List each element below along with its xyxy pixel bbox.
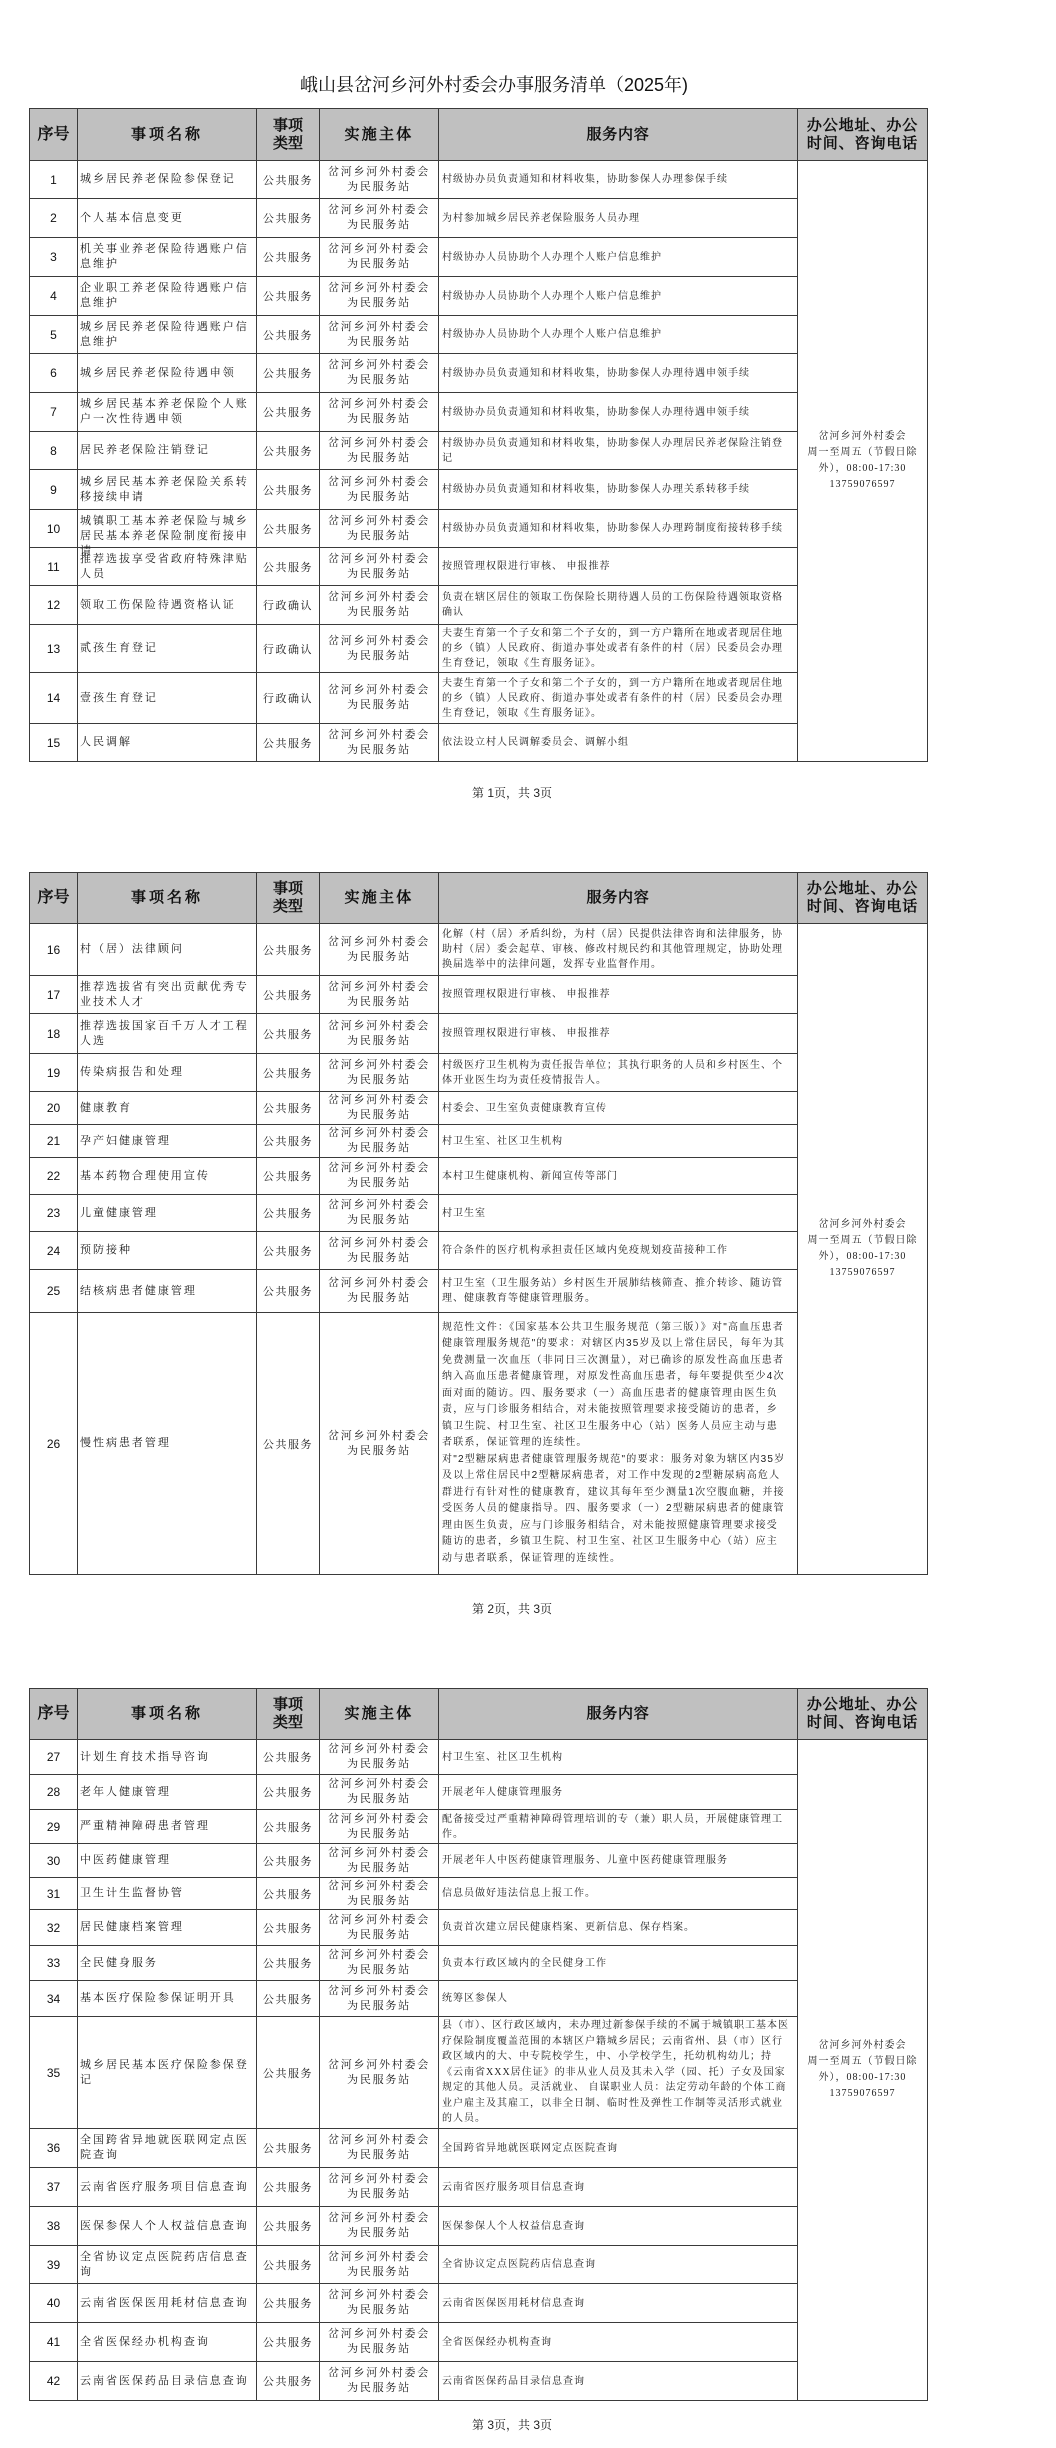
implementing-entity-text: 岔河乡河外村委会为民服务站 [326,2133,432,2163]
item-name: 儿童健康管理 [78,1195,257,1232]
implementing-entity-text: 岔河乡河外村委会为民服务站 [326,514,432,544]
column-header-office-info-line: 办公地址、办公 [800,117,925,135]
item-name-text: 计划生育技术指导咨询 [80,1750,254,1765]
row-number: 5 [30,316,78,354]
table-row: 10城镇职工基本养老保险与城乡居民基本养老保险制度衔接申请公共服务岔河乡河外村委… [30,510,928,548]
service-content: 村级协办人员协助个人办理个人账户信息维护 [439,277,798,316]
table-row: 3机关事业养老保险待遇账户信息维护公共服务岔河乡河外村委会为民服务站村级协办人员… [30,238,928,277]
item-name: 计划生育技术指导咨询 [78,1740,257,1775]
item-name-text: 人民调解 [80,735,254,750]
item-type: 行政确认 [257,673,320,724]
item-type: 公共服务 [257,1195,320,1232]
office-hours: 周一至周五（节假日除外），08:00-17:30 [805,2054,920,2086]
implementing-entity-text: 岔河乡河外村委会为民服务站 [326,1948,432,1978]
implementing-entity: 岔河乡河外村委会为民服务站 [320,625,439,673]
implementing-entity-text: 岔河乡河外村委会为民服务站 [326,1093,432,1123]
table-row: 18推荐选拔国家百千万人才工程人选公共服务岔河乡河外村委会为民服务站按照管理权限… [30,1014,928,1054]
implementing-entity-text: 岔河乡河外村委会为民服务站 [326,1812,432,1842]
item-type: 公共服务 [257,199,320,238]
item-name: 全国跨省异地就医联网定点医院查询 [78,2129,257,2168]
item-name-text: 居民养老保险注销登记 [80,443,254,458]
item-name-text: 云南省医保药品目录信息查询 [80,2374,254,2389]
item-name: 严重精神障碍患者管理 [78,1810,257,1844]
item-type: 公共服务 [257,2246,320,2284]
row-number: 36 [30,2129,78,2168]
implementing-entity: 岔河乡河外村委会为民服务站 [320,2207,439,2246]
implementing-entity-text: 岔河乡河外村委会为民服务站 [326,683,432,713]
row-number: 32 [30,1910,78,1946]
implementing-entity-text: 岔河乡河外村委会为民服务站 [326,1846,432,1876]
implementing-entity: 岔河乡河外村委会为民服务站 [320,393,439,432]
item-name: 企业职工养老保险待遇账户信息维护 [78,277,257,316]
page-number-label: 第 3页，共 3页 [472,2418,552,2432]
row-number: 16 [30,924,78,976]
service-content: 村级协办人员协助个人办理个人账户信息维护 [439,316,798,354]
service-content: 村级协办员负责通知和材料收集，协助参保人办理待遇申领手续 [439,354,798,393]
column-header-number: 序号 [30,873,78,924]
service-content: 开展老年人健康管理服务 [439,1775,798,1810]
implementing-entity: 岔河乡河外村委会为民服务站 [320,2246,439,2284]
row-number: 41 [30,2323,78,2362]
table-row: 12领取工伤保险待遇资格认证行政确认岔河乡河外村委会为民服务站负责在辖区居住的领… [30,586,928,625]
service-content: 规范性文件：《国家基本公共卫生服务规范（第三版）》对"高血压患者健康管理服务规范… [439,1313,798,1575]
item-type: 公共服务 [257,1014,320,1054]
implementing-entity: 岔河乡河外村委会为民服务站 [320,277,439,316]
item-type: 公共服务 [257,1981,320,2017]
implementing-entity: 岔河乡河外村委会为民服务站 [320,470,439,510]
item-name-text: 领取工伤保险待遇资格认证 [80,598,254,613]
implementing-entity: 岔河乡河外村委会为民服务站 [320,1158,439,1195]
item-name: 城乡居民养老保险待遇账户信息维护 [78,316,257,354]
table-row: 5城乡居民养老保险待遇账户信息维护公共服务岔河乡河外村委会为民服务站村级协办人员… [30,316,928,354]
service-content: 全省协议定点医院药店信息查询 [439,2246,798,2284]
service-content: 村卫生室 [439,1195,798,1232]
table-row: 15人民调解公共服务岔河乡河外村委会为民服务站依法设立村人民调解委员会、调解小组 [30,724,928,762]
item-name-text: 中医药健康管理 [80,1853,254,1868]
table-row: 9城乡居民基本养老保险关系转移接续申请公共服务岔河乡河外村委会为民服务站村级协办… [30,470,928,510]
column-header-item-name: 事项名称 [78,109,257,161]
table-row: 6城乡居民养老保险待遇申领公共服务岔河乡河外村委会为民服务站村级协办员负责通知和… [30,354,928,393]
implementing-entity-text: 岔河乡河外村委会为民服务站 [326,2058,432,2088]
item-type: 公共服务 [257,1092,320,1125]
service-content: 负责本行政区域内的全民健身工作 [439,1946,798,1981]
item-name: 推荐选拔享受省政府特殊津贴人员 [78,548,257,586]
row-number: 35 [30,2017,78,2129]
service-content: 夫妻生育第一个子女和第二个子女的，到一方户籍所在地或者现居住地的乡（镇）人民政府… [439,625,798,673]
column-header-office-info-line: 时间、咨询电话 [800,898,925,916]
office-phone: 13759076597 [805,2086,920,2102]
column-header-item-type: 事项类型 [257,873,320,924]
row-number: 23 [30,1195,78,1232]
item-type: 公共服务 [257,1270,320,1313]
row-number: 11 [30,548,78,586]
item-type: 公共服务 [257,1910,320,1946]
item-name: 人民调解 [78,724,257,762]
implementing-entity-text: 岔河乡河外村委会为民服务站 [326,2250,432,2280]
item-name-text: 居民健康档案管理 [80,1920,254,1935]
item-name: 城乡居民基本养老保险个人账户一次性待遇申领 [78,393,257,432]
row-number: 31 [30,1878,78,1910]
implementing-entity-text: 岔河乡河外村委会为民服务站 [326,2327,432,2357]
item-type: 公共服务 [257,1775,320,1810]
service-content: 本村卫生健康机构、新闻宣传等部门 [439,1158,798,1195]
item-name: 村（居）法律顾问 [78,924,257,976]
office-phone: 13759076597 [805,1265,920,1281]
service-content: 负责在辖区居住的领取工伤保险长期待遇人员的工伤保险待遇领取资格确认 [439,586,798,625]
item-type: 公共服务 [257,2323,320,2362]
implementing-entity-text: 岔河乡河外村委会为民服务站 [326,1198,432,1228]
item-name-text: 城镇职工基本养老保险与城乡居民基本养老保险制度衔接申请 [80,514,254,544]
item-name: 中医药健康管理 [78,1844,257,1878]
implementing-entity: 岔河乡河外村委会为民服务站 [320,1844,439,1878]
service-content: 夫妻生育第一个子女和第二个子女的，到一方户籍所在地或者现居住地的乡（镇）人民政府… [439,673,798,724]
implementing-entity-text: 岔河乡河外村委会为民服务站 [326,1126,432,1156]
service-content: 开展老年人中医药健康管理服务、儿童中医药健康管理服务 [439,1844,798,1878]
implementing-entity-text: 岔河乡河外村委会为民服务站 [326,1019,432,1049]
column-header-item-type-line: 类型 [259,898,317,916]
item-type: 公共服务 [257,924,320,976]
column-header-office-info: 办公地址、办公时间、咨询电话 [798,109,928,161]
item-type: 行政确认 [257,625,320,673]
item-type: 公共服务 [257,510,320,548]
item-name-text: 城乡居民基本医疗保险参保登记 [80,2058,254,2088]
row-number: 22 [30,1158,78,1195]
implementing-entity-text: 岔河乡河外村委会为民服务站 [326,634,432,664]
item-type: 公共服务 [257,354,320,393]
item-name: 全省医保经办机构查询 [78,2323,257,2362]
column-header-service-content: 服务内容 [439,1689,798,1740]
implementing-entity-text: 岔河乡河外村委会为民服务站 [326,475,432,505]
item-type: 公共服务 [257,2017,320,2129]
column-header-number: 序号 [30,109,78,161]
implementing-entity-text: 岔河乡河外村委会为民服务站 [326,1879,432,1909]
column-header-office-info-line: 时间、咨询电话 [800,1714,925,1732]
column-header-service-content: 服务内容 [439,873,798,924]
item-name-text: 结核病患者健康管理 [80,1284,254,1299]
item-name-text: 城乡居民养老保险待遇申领 [80,366,254,381]
row-number: 30 [30,1844,78,1878]
service-content: 县（市）、区行政区域内，未办理过新参保手续的不属于城镇职工基本医疗保险制度覆盖范… [439,2017,798,2129]
row-number: 2 [30,199,78,238]
row-number: 20 [30,1092,78,1125]
table-row: 22基本药物合理使用宣传公共服务岔河乡河外村委会为民服务站本村卫生健康机构、新闻… [30,1158,928,1195]
service-content: 按照管理权限进行审核、 申报推荐 [439,548,798,586]
office-info: 岔河乡河外村委会周一至周五（节假日除外），08:00-17:3013759076… [805,429,920,493]
item-name: 传染病报告和处理 [78,1054,257,1092]
column-header-item-name: 事项名称 [78,1689,257,1740]
row-number: 27 [30,1740,78,1775]
table-row: 37云南省医疗服务项目信息查询公共服务岔河乡河外村委会为民服务站云南省医疗服务项… [30,2168,928,2207]
item-name: 卫生计生监督协管 [78,1878,257,1910]
office-hours: 周一至周五（节假日除外），08:00-17:30 [805,1233,920,1265]
table-row: 31卫生计生监督协管公共服务岔河乡河外村委会为民服务站信息员做好违法信息上报工作… [30,1878,928,1910]
implementing-entity-text: 岔河乡河外村委会为民服务站 [326,203,432,233]
item-name: 居民养老保险注销登记 [78,432,257,470]
implementing-entity: 岔河乡河外村委会为民服务站 [320,924,439,976]
item-name-text: 老年人健康管理 [80,1785,254,1800]
item-type: 行政确认 [257,586,320,625]
service-content: 村卫生室（卫生服务站）乡村医生开展肺结核筛查、推介转诊、随访管理、健康教育等健康… [439,1270,798,1313]
item-name: 个人基本信息变更 [78,199,257,238]
row-number: 42 [30,2362,78,2401]
item-type: 公共服务 [257,1740,320,1775]
item-name-text: 卫生计生监督协管 [80,1886,254,1901]
item-type: 公共服务 [257,724,320,762]
implementing-entity-text: 岔河乡河外村委会为民服务站 [326,590,432,620]
row-number: 8 [30,432,78,470]
item-name-text: 城乡居民基本养老保险个人账户一次性待遇申领 [80,397,254,427]
implementing-entity: 岔河乡河外村委会为民服务站 [320,1270,439,1313]
implementing-entity-text: 岔河乡河外村委会为民服务站 [326,436,432,466]
row-number: 12 [30,586,78,625]
column-header-office-info-line: 时间、咨询电话 [800,135,925,153]
service-content: 云南省医疗服务项目信息查询 [439,2168,798,2207]
page-number-label: 第 1页，共 3页 [472,786,552,800]
implementing-entity-text: 岔河乡河外村委会为民服务站 [326,358,432,388]
implementing-entity: 岔河乡河外村委会为民服务站 [320,316,439,354]
item-name-text: 全省协议定点医院药店信息查询 [80,2250,254,2280]
service-content: 符合条件的医疗机构承担责任区域内免疫规划疫苗接种工作 [439,1232,798,1270]
implementing-entity: 岔河乡河外村委会为民服务站 [320,586,439,625]
column-header-item-type-line: 事项 [259,880,317,898]
implementing-entity: 岔河乡河外村委会为民服务站 [320,1014,439,1054]
table-row: 32居民健康档案管理公共服务岔河乡河外村委会为民服务站负责首次建立居民健康档案、… [30,1910,928,1946]
implementing-entity-text: 岔河乡河外村委会为民服务站 [326,1913,432,1943]
implementing-entity-text: 岔河乡河外村委会为民服务站 [326,1276,432,1306]
row-number: 13 [30,625,78,673]
item-type: 公共服务 [257,1878,320,1910]
table-row: 14壹孩生育登记行政确认岔河乡河外村委会为民服务站夫妻生育第一个子女和第二个子女… [30,673,928,724]
service-content: 全省医保经办机构查询 [439,2323,798,2362]
item-name-text: 孕产妇健康管理 [80,1134,254,1149]
service-content: 村级协办员负责通知和材料收集，协助参保人办理参保手续 [439,161,798,199]
item-type: 公共服务 [257,1313,320,1575]
office-info-cell: 岔河乡河外村委会周一至周五（节假日除外），08:00-17:3013759076… [798,161,928,762]
implementing-entity-text: 岔河乡河外村委会为民服务站 [326,1742,432,1772]
implementing-entity: 岔河乡河外村委会为民服务站 [320,1195,439,1232]
item-name-text: 预防接种 [80,1243,254,1258]
item-name-text: 健康教育 [80,1101,254,1116]
row-number: 21 [30,1125,78,1158]
table-row: 4企业职工养老保险待遇账户信息维护公共服务岔河乡河外村委会为民服务站村级协办人员… [30,277,928,316]
item-name: 领取工伤保险待遇资格认证 [78,586,257,625]
item-name: 推荐选拔省有突出贡献优秀专业技术人才 [78,976,257,1014]
row-number: 37 [30,2168,78,2207]
item-name-text: 推荐选拔省有突出贡献优秀专业技术人才 [80,980,254,1010]
item-name-text: 儿童健康管理 [80,1206,254,1221]
office-hours: 周一至周五（节假日除外），08:00-17:30 [805,445,920,477]
service-content: 村级协办员负责通知和材料收集，协助参保人办理跨制度衔接转移手续 [439,510,798,548]
table-row: 41全省医保经办机构查询公共服务岔河乡河外村委会为民服务站全省医保经办机构查询 [30,2323,928,2362]
row-number: 28 [30,1775,78,1810]
item-name: 全民健身服务 [78,1946,257,1981]
row-number: 10 [30,510,78,548]
implementing-entity: 岔河乡河外村委会为民服务站 [320,548,439,586]
item-type: 公共服务 [257,316,320,354]
table-row: 17推荐选拔省有突出贡献优秀专业技术人才公共服务岔河乡河外村委会为民服务站按照管… [30,976,928,1014]
column-header-implementing-entity: 实施主体 [320,873,439,924]
implementing-entity: 岔河乡河外村委会为民服务站 [320,1232,439,1270]
item-name-text: 医保参保人个人权益信息查询 [80,2219,254,2234]
row-number: 14 [30,673,78,724]
item-name: 医保参保人个人权益信息查询 [78,2207,257,2246]
service-content: 村级协办员负责通知和材料收集，协助参保人办理待遇申领手续 [439,393,798,432]
table-row: 16村（居）法律顾问公共服务岔河乡河外村委会为民服务站化解（村（居）矛盾纠纷，为… [30,924,928,976]
table-row: 42云南省医保药品目录信息查询公共服务岔河乡河外村委会为民服务站云南省医保药品目… [30,2362,928,2401]
service-content: 负责首次建立居民健康档案、更新信息、保存档案。 [439,1910,798,1946]
row-number: 29 [30,1810,78,1844]
item-name-text: 全国跨省异地就医联网定点医院查询 [80,2133,254,2163]
row-number: 33 [30,1946,78,1981]
row-number: 3 [30,238,78,277]
row-number: 26 [30,1313,78,1575]
item-name: 推荐选拔国家百千万人才工程人选 [78,1014,257,1054]
item-type: 公共服务 [257,1158,320,1195]
implementing-entity: 岔河乡河外村委会为民服务站 [320,2362,439,2401]
implementing-entity-text: 岔河乡河外村委会为民服务站 [326,320,432,350]
office-phone: 13759076597 [805,477,920,493]
implementing-entity: 岔河乡河外村委会为民服务站 [320,1878,439,1910]
column-header-item-type-line: 类型 [259,1714,317,1732]
implementing-entity-text: 岔河乡河外村委会为民服务站 [326,1236,432,1266]
column-header-office-info: 办公地址、办公时间、咨询电话 [798,873,928,924]
item-name-text: 城乡居民养老保险待遇账户信息维护 [80,320,254,350]
service-content: 村卫生室、社区卫生机构 [439,1740,798,1775]
item-name: 老年人健康管理 [78,1775,257,1810]
item-name: 城乡居民基本养老保险关系转移接续申请 [78,470,257,510]
item-name-text: 慢性病患者管理 [80,1436,254,1451]
item-name-text: 个人基本信息变更 [80,211,254,226]
row-number: 40 [30,2284,78,2323]
item-type: 公共服务 [257,161,320,199]
item-name: 结核病患者健康管理 [78,1270,257,1313]
implementing-entity: 岔河乡河外村委会为民服务站 [320,1810,439,1844]
row-number: 17 [30,976,78,1014]
service-content: 村卫生室、社区卫生机构 [439,1125,798,1158]
office-name: 岔河乡河外村委会 [805,1217,920,1233]
service-content: 按照管理权限进行审核、 申报推荐 [439,976,798,1014]
implementing-entity: 岔河乡河外村委会为民服务站 [320,1054,439,1092]
table-row: 28老年人健康管理公共服务岔河乡河外村委会为民服务站开展老年人健康管理服务 [30,1775,928,1810]
row-number: 18 [30,1014,78,1054]
implementing-entity: 岔河乡河外村委会为民服务站 [320,1092,439,1125]
item-name-text: 贰孩生育登记 [80,641,254,656]
implementing-entity-text: 岔河乡河外村委会为民服务站 [326,1161,432,1191]
implementing-entity-text: 岔河乡河外村委会为民服务站 [326,281,432,311]
item-name: 城乡居民养老保险参保登记 [78,161,257,199]
item-type: 公共服务 [257,2207,320,2246]
service-content: 配备接受过严重精神障碍管理培训的专（兼）职人员，开展健康管理工作。 [439,1810,798,1844]
item-type: 公共服务 [257,2362,320,2401]
column-header-office-info-line: 办公地址、办公 [800,1696,925,1714]
office-info: 岔河乡河外村委会周一至周五（节假日除外），08:00-17:3013759076… [805,2038,920,2102]
implementing-entity-text: 岔河乡河外村委会为民服务站 [326,1429,432,1459]
implementing-entity: 岔河乡河外村委会为民服务站 [320,673,439,724]
table-row: 11推荐选拔享受省政府特殊津贴人员公共服务岔河乡河外村委会为民服务站按照管理权限… [30,548,928,586]
column-header-item-type-line: 事项 [259,1696,317,1714]
item-name: 城乡居民基本医疗保险参保登记 [78,2017,257,2129]
implementing-entity: 岔河乡河外村委会为民服务站 [320,2284,439,2323]
table-row: 25结核病患者健康管理公共服务岔河乡河外村委会为民服务站村卫生室（卫生服务站）乡… [30,1270,928,1313]
service-table-page-3: 序号 事项名称 事项类型 实施主体 服务内容 办公地址、办公时间、咨询电话 27… [29,1688,928,2401]
item-name: 预防接种 [78,1232,257,1270]
column-header-item-type-line: 事项 [259,117,317,135]
item-name-text: 推荐选拔国家百千万人才工程人选 [80,1019,254,1049]
implementing-entity-text: 岔河乡河外村委会为民服务站 [326,935,432,965]
item-name-text: 推荐选拔享受省政府特殊津贴人员 [80,552,254,582]
office-info-cell: 岔河乡河外村委会周一至周五（节假日除外），08:00-17:3013759076… [798,1740,928,2401]
item-name: 壹孩生育登记 [78,673,257,724]
row-number: 38 [30,2207,78,2246]
table-row: 23儿童健康管理公共服务岔河乡河外村委会为民服务站村卫生室 [30,1195,928,1232]
item-type: 公共服务 [257,432,320,470]
implementing-entity: 岔河乡河外村委会为民服务站 [320,2129,439,2168]
service-content: 云南省医保医用耗材信息查询 [439,2284,798,2323]
implementing-entity-text: 岔河乡河外村委会为民服务站 [326,728,432,758]
item-name: 健康教育 [78,1092,257,1125]
implementing-entity: 岔河乡河外村委会为民服务站 [320,976,439,1014]
implementing-entity: 岔河乡河外村委会为民服务站 [320,1910,439,1946]
table-row: 20健康教育公共服务岔河乡河外村委会为民服务站村委会、卫生室负责健康教育宣传 [30,1092,928,1125]
implementing-entity-text: 岔河乡河外村委会为民服务站 [326,980,432,1010]
service-content: 全国跨省异地就医联网定点医院查询 [439,2129,798,2168]
item-name-text: 机关事业养老保险待遇账户信息维护 [80,242,254,272]
item-name: 云南省医保药品目录信息查询 [78,2362,257,2401]
office-name: 岔河乡河外村委会 [805,2038,920,2054]
item-type: 公共服务 [257,277,320,316]
service-table-page-2: 序号 事项名称 事项类型 实施主体 服务内容 办公地址、办公时间、咨询电话 16… [29,872,928,1575]
item-name-text: 云南省医保医用耗材信息查询 [80,2296,254,2311]
table-row: 33全民健身服务公共服务岔河乡河外村委会为民服务站负责本行政区域内的全民健身工作 [30,1946,928,1981]
document-title: 峨山县岔河乡河外村委会办事服务清单（2025年) [0,74,988,96]
item-type: 公共服务 [257,1125,320,1158]
item-type: 公共服务 [257,976,320,1014]
table-row: 27计划生育技术指导咨询公共服务岔河乡河外村委会为民服务站村卫生室、社区卫生机构… [30,1740,928,1775]
table-row: 39全省协议定点医院药店信息查询公共服务岔河乡河外村委会为民服务站全省协议定点医… [30,2246,928,2284]
item-name: 机关事业养老保险待遇账户信息维护 [78,238,257,277]
implementing-entity: 岔河乡河外村委会为民服务站 [320,354,439,393]
page-number-label: 第 2页，共 3页 [472,1602,552,1616]
implementing-entity: 岔河乡河外村委会为民服务站 [320,1981,439,2017]
table-row: 40云南省医保医用耗材信息查询公共服务岔河乡河外村委会为民服务站云南省医保医用耗… [30,2284,928,2323]
row-number: 9 [30,470,78,510]
item-name-text: 传染病报告和处理 [80,1065,254,1080]
item-name: 孕产妇健康管理 [78,1125,257,1158]
implementing-entity: 岔河乡河外村委会为民服务站 [320,161,439,199]
column-header-item-type: 事项类型 [257,109,320,161]
item-name: 云南省医疗服务项目信息查询 [78,2168,257,2207]
item-name-text: 全民健身服务 [80,1956,254,1971]
implementing-entity: 岔河乡河外村委会为民服务站 [320,1313,439,1575]
service-content: 为村参加城乡居民养老保险服务人员办理 [439,199,798,238]
item-name: 贰孩生育登记 [78,625,257,673]
table-row: 19传染病报告和处理公共服务岔河乡河外村委会为民服务站村级医疗卫生机构为责任报告… [30,1054,928,1092]
service-content: 化解（村（居）矛盾纠纷，为村（居）民提供法律咨询和法律服务，协助村（居）委会起草… [439,924,798,976]
column-header-service-content: 服务内容 [439,109,798,161]
implementing-entity-text: 岔河乡河外村委会为民服务站 [326,2288,432,2318]
implementing-entity: 岔河乡河外村委会为民服务站 [320,199,439,238]
implementing-entity: 岔河乡河外村委会为民服务站 [320,510,439,548]
office-info-cell: 岔河乡河外村委会周一至周五（节假日除外），08:00-17:3013759076… [798,924,928,1575]
item-name-text: 城乡居民基本养老保险关系转移接续申请 [80,475,254,505]
service-content: 村级协办员负责通知和材料收集，协助参保人办理关系转移手续 [439,470,798,510]
item-name: 城镇职工基本养老保险与城乡居民基本养老保险制度衔接申请 [78,510,257,548]
service-content: 村级协办员负责通知和材料收集，协助参保人办理居民养老保险注销登记 [439,432,798,470]
implementing-entity-text: 岔河乡河外村委会为民服务站 [326,2211,432,2241]
table-row: 34基本医疗保险参保证明开具公共服务岔河乡河外村委会为民服务站统筹区参保人 [30,1981,928,2017]
implementing-entity: 岔河乡河外村委会为民服务站 [320,724,439,762]
table-header-row: 序号 事项名称 事项类型 实施主体 服务内容 办公地址、办公时间、咨询电话 [30,109,928,161]
